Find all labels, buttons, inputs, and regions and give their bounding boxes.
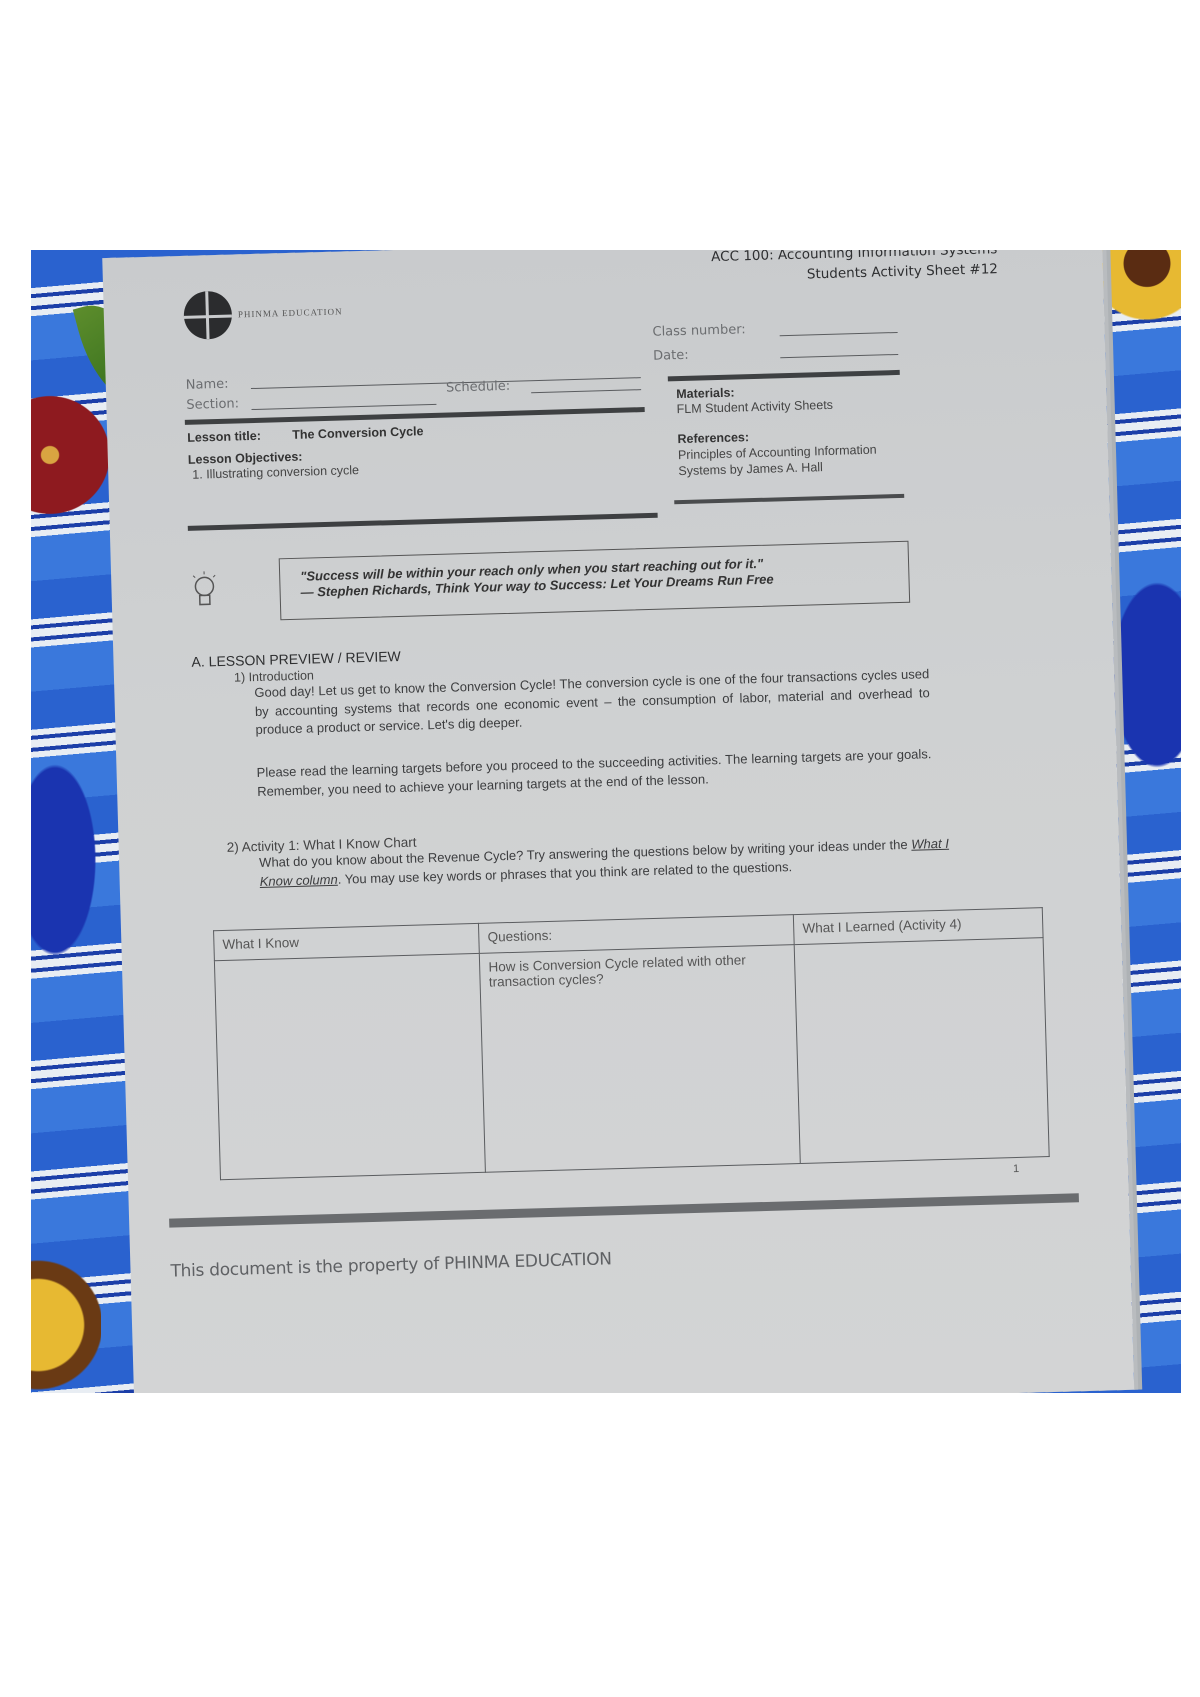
- section-a-title: A. LESSON PREVIEW / REVIEW: [191, 648, 401, 670]
- quote-box: "Success will be within your reach only …: [279, 541, 910, 621]
- materials-label: Materials:: [676, 386, 735, 402]
- what-i-know-answer-cell[interactable]: [214, 953, 485, 1179]
- divider: [674, 494, 904, 504]
- footer-divider: [169, 1193, 1079, 1227]
- class-number-label: Class number:: [652, 322, 746, 340]
- divider: [188, 513, 658, 531]
- schedule-field[interactable]: [531, 389, 641, 393]
- references-label: References:: [677, 430, 749, 446]
- date-label: Date:: [653, 348, 689, 364]
- table-row: How is Conversion Cycle related with oth…: [214, 938, 1049, 1180]
- learning-targets-text: Please read the learning targets before …: [256, 745, 932, 801]
- lightbulb-icon: [189, 570, 220, 613]
- logo-text: PHINMA EDUCATION: [238, 306, 343, 319]
- inspirational-quote: "Success will be within your reach only …: [300, 556, 774, 601]
- lesson-title-label: Lesson title:: [187, 429, 261, 445]
- question-cell: How is Conversion Cycle related with oth…: [480, 945, 801, 1173]
- schedule-label: Schedule:: [446, 379, 511, 396]
- activity-sheet: PHINMA EDUCATION ACC 100: Accounting Inf…: [102, 250, 1134, 1393]
- what-i-learned-answer-cell[interactable]: [794, 938, 1049, 1164]
- divider: [668, 370, 900, 381]
- references-value: Principles of Accounting Information Sys…: [678, 441, 904, 479]
- globe-logo-icon: [183, 291, 232, 340]
- class-number-field[interactable]: [780, 332, 898, 336]
- phinma-logo: PHINMA EDUCATION: [183, 287, 343, 339]
- section-label: Section:: [186, 396, 239, 412]
- blue-flower-pattern: [31, 730, 111, 990]
- course-header: ACC 100: Accounting Information Systems …: [711, 250, 998, 287]
- date-field[interactable]: [780, 354, 898, 358]
- name-label: Name:: [186, 377, 229, 393]
- document-photo: PHINMA EDUCATION ACC 100: Accounting Inf…: [31, 250, 1181, 1393]
- footer-text: This document is the property of PHINMA …: [170, 1249, 612, 1281]
- lesson-title: The Conversion Cycle: [292, 424, 424, 442]
- introduction-text: Good day! Let us get to know the Convers…: [254, 665, 930, 739]
- what-i-know-chart: What I Know Questions: What I Learned (A…: [213, 907, 1050, 1180]
- yellow-flower-pattern: [1096, 250, 1181, 340]
- materials-value: FLM Student Activity Sheets: [676, 398, 833, 416]
- section-field[interactable]: [252, 404, 437, 410]
- page-number: 1: [1013, 1163, 1019, 1175]
- yellow-flower-pattern: [31, 1260, 101, 1390]
